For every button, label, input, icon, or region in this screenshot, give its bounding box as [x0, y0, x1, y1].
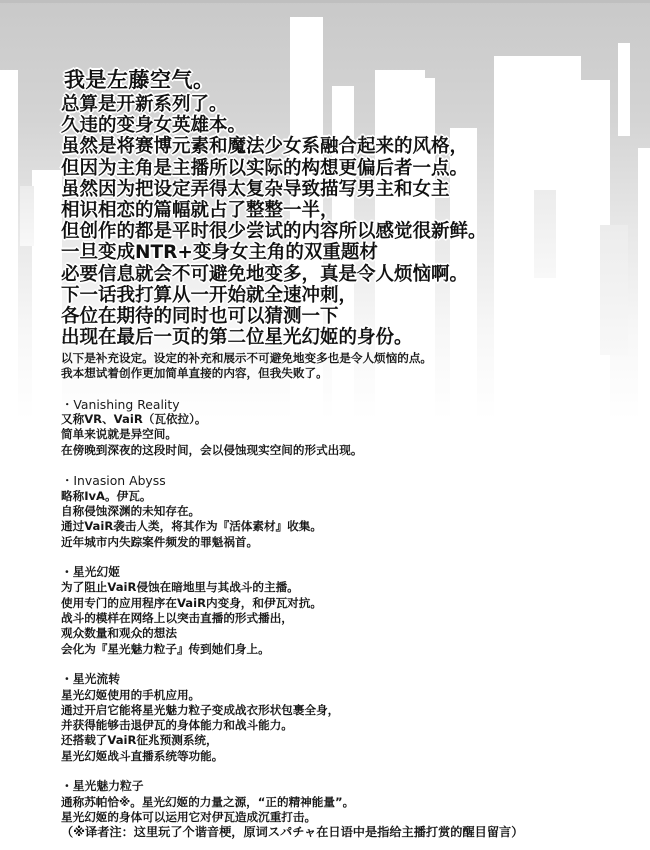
- building-shape: [638, 148, 650, 418]
- intro-line: 出现在最后一页的第二位星光幻姬的身份。: [61, 327, 487, 348]
- building-shape: [32, 170, 62, 420]
- section-line: 并获得能够击退伊瓦的身体能力和战斗能力。: [61, 718, 523, 733]
- intro-line: 但创作的都是平时很少尝试的内容所以感觉很新鲜。: [61, 221, 487, 242]
- supplement-intro-line: 以下是补充设定。设定的补充和展示不可避免地变多也是令人烦恼的点。: [61, 351, 523, 366]
- section-line: 近年城市内失踪案件频发的罪魁祸首。: [61, 535, 523, 550]
- section-invasion-abyss: ・Invasion Abyss 略称IvA。伊瓦。 自称侵蚀深渊的未知存在。 通…: [61, 473, 523, 549]
- section-starlight-princess: ・星光幻姬 为了阻止VaiR侵蚀在暗地里与其战斗的主播。 使用专门的应用程序在V…: [61, 565, 523, 657]
- intro-line: 虽然因为把设定弄得太复杂导致描写男主和女主: [61, 179, 487, 200]
- intro-line: 虽然是将赛博元素和魔法少女系融合起来的风格，: [61, 136, 487, 157]
- section-heading: ・星光流转: [61, 672, 523, 687]
- supplementary-settings: 以下是补充设定。设定的补充和展示不可避免地变多也是令人烦恼的点。 我本想试着创作…: [61, 351, 523, 841]
- section-line: 观众数量和观众的想法: [61, 626, 523, 641]
- intro-line: 但因为主角是主播所以实际的构想更偏后者一点。: [61, 158, 487, 179]
- section-starlight-flow: ・星光流转 星光幻姬使用的手机应用。 通过开启它能将星光魅力粒子变成战衣形状包裹…: [61, 672, 523, 764]
- supplement-intro-line: 我本想试着创作更加简单直接的内容，但我失败了。: [61, 366, 523, 381]
- section-line: 简单来说就是异空间。: [61, 427, 523, 442]
- section-heading: ・Vanishing Reality: [61, 397, 523, 412]
- section-line: 使用专门的应用程序在VaiR内变身，和伊瓦对抗。: [61, 596, 523, 611]
- section-heading: ・星光幻姬: [61, 565, 523, 580]
- top-border: [0, 0, 650, 3]
- section-line: 为了阻止VaiR侵蚀在暗地里与其战斗的主播。: [61, 580, 523, 595]
- building-shape: [20, 186, 34, 246]
- section-line: 星光幻姬使用的手机应用。: [61, 688, 523, 703]
- section-line: 略称IvA。伊瓦。: [61, 489, 523, 504]
- section-charm-particles: ・星光魅力粒子 通称苏帕恰※。星光幻姬的力量之源，“正的精神能量”。 星光幻姬的…: [61, 779, 523, 840]
- building-shape: [0, 70, 18, 420]
- intro-line: 一旦变成NTR+变身女主角的双重题材: [61, 242, 487, 263]
- building-shape: [534, 190, 556, 278]
- intro-line: 各位在期待的同时也可以猜测一下: [61, 306, 487, 327]
- section-line: 在傍晚到深夜的这段时间，会以侵蚀现实空间的形式出现。: [61, 443, 523, 458]
- section-line: 通过开启它能将星光魅力粒子变成战衣形状包裹全身，: [61, 703, 523, 718]
- page-title: 我是左藤空气。: [64, 64, 215, 94]
- intro-line: 相识相恋的篇幅就占了整整一半，: [61, 200, 487, 221]
- building-shape: [600, 225, 628, 355]
- intro-line: 总算是开新系列了。: [61, 94, 487, 115]
- intro-line: 久违的变身女英雄本。: [61, 115, 487, 136]
- section-line: 星光幻姬的身体可以运用它对伊瓦造成沉重打击。: [61, 810, 523, 825]
- building-shape: [618, 43, 630, 136]
- afterword-page: 我是左藤空气。 总算是开新系列了。 久违的变身女英雄本。 虽然是将赛博元素和魔法…: [0, 0, 650, 850]
- section-line: 自称侵蚀深渊的未知存在。: [61, 504, 523, 519]
- section-heading: ・Invasion Abyss: [61, 473, 523, 488]
- section-line: 战斗的模样在网络上以突击直播的形式播出，: [61, 611, 523, 626]
- translator-footnote: （※译者注：这里玩了个谐音梗，原词スパチャ在日语中是指给主播打赏的醒目留言）: [61, 825, 523, 840]
- section-vanishing-reality: ・Vanishing Reality 又称VR、VaiR（瓦依拉）。 简单来说就…: [61, 397, 523, 458]
- section-line: 通称苏帕恰※。星光幻姬的力量之源，“正的精神能量”。: [61, 795, 523, 810]
- section-heading: ・星光魅力粒子: [61, 779, 523, 794]
- section-line: 通过VaiR袭击人类，将其作为『活体素材』收集。: [61, 519, 523, 534]
- intro-line: 必要信息就会不可避免地变多，真是令人烦恼啊。: [61, 264, 487, 285]
- intro-line: 下一话我打算从一开始就全速冲刺，: [61, 285, 487, 306]
- intro-paragraph: 总算是开新系列了。 久违的变身女英雄本。 虽然是将赛博元素和魔法少女系融合起来的…: [61, 94, 487, 348]
- section-line: 星光幻姬战斗直播系统等功能。: [61, 749, 523, 764]
- section-line: 会化为『星光魅力粒子』传到她们身上。: [61, 642, 523, 657]
- section-line: 还搭载了VaiR征兆预测系统，: [61, 733, 523, 748]
- section-line: 又称VR、VaiR（瓦依拉）。: [61, 412, 523, 427]
